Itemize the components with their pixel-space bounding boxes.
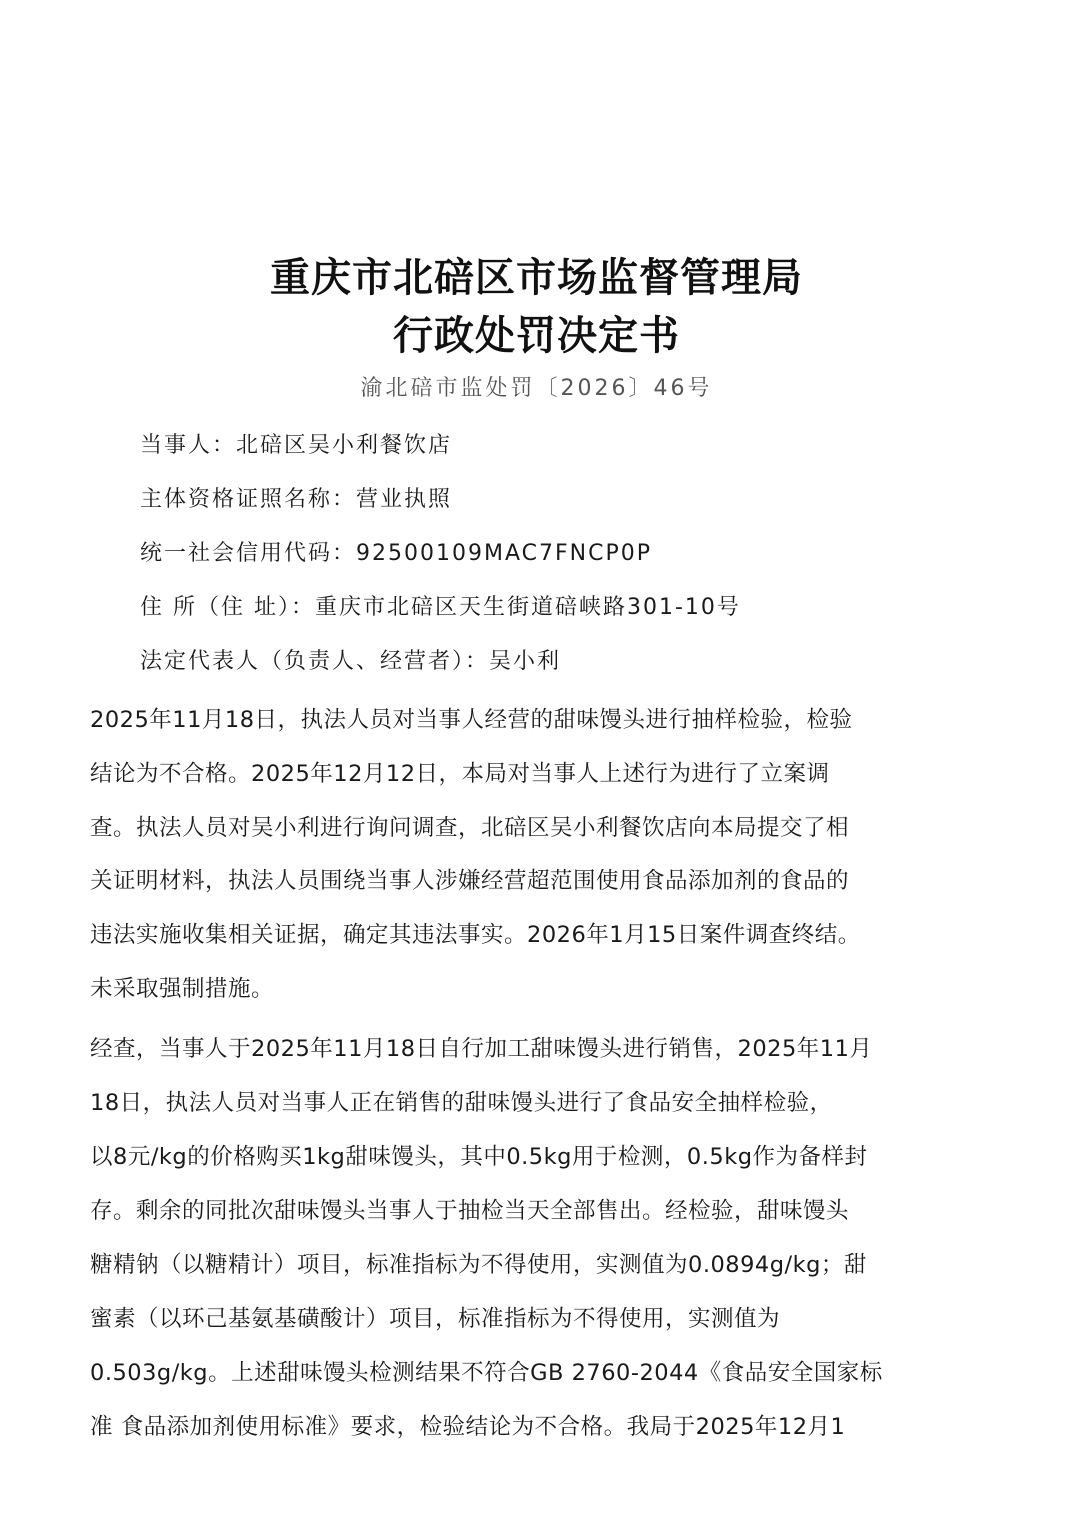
text-line: 结论为不合格。2025年12月12日，本局对当事人上述行为进行了立案调 (90, 756, 830, 788)
field-value: 92500109MAC7FNCP0P (356, 541, 652, 566)
text-line: 18日，执法人员对当事人正在销售的甜味馒头进行了食品安全抽样检验， (90, 1085, 833, 1117)
field-value: 营业执照 (356, 487, 452, 512)
address-field: 住 所（住 址）：重庆市北碚区天生街道碚峡路301-10号 (140, 590, 741, 621)
field-label: 主体资格证照名称： (140, 487, 356, 512)
text-line: 存。剩余的同批次甜味馒头当事人于抽检当天全部售出。经检验，甜味馒头 (90, 1193, 849, 1225)
text-line: 以8元/kg的价格购买1kg甜味馒头，其中0.5kg用于检测，0.5kg作为备样… (90, 1139, 868, 1171)
field-value: 北碚区吴小利餐饮店 (236, 433, 452, 458)
field-label: 法定代表人（负责人、经营者）： (140, 649, 489, 674)
text-line: 关证明材料，执法人员围绕当事人涉嫌经营超范围使用食品添加剂的食品的 (90, 863, 849, 895)
field-label: 当事人： (140, 433, 236, 458)
party-name-field: 当事人：北碚区吴小利餐饮店 (140, 428, 452, 459)
text-line: 糖精钠（以糖精计）项目，标准指标为不得使用，实测值为0.0894g/kg；甜 (90, 1247, 867, 1279)
text-line: 0.503g/kg。上述甜味馒头检测结果不符合GB 2760-2044《食品安全… (90, 1355, 883, 1387)
document-page: 重庆市北碚区市场监督管理局 行政处罚决定书 渝北碚市监处罚〔2026〕46号 当… (0, 0, 1073, 1519)
legal-representative-field: 法定代表人（负责人、经营者）：吴小利 (140, 644, 561, 675)
text-line: 经查，当事人于2025年11月18日自行加工甜味馒头进行销售，2025年11月 (90, 1031, 872, 1063)
field-label: 统一社会信用代码： (140, 541, 356, 566)
text-line: 未采取强制措施。 (90, 971, 274, 1003)
document-number: 渝北碚市监处罚〔2026〕46号 (0, 371, 1073, 402)
field-value: 吴小利 (489, 649, 561, 674)
text-line: 查。执法人员对吴小利进行询问调查，北碚区吴小利餐饮店向本局提交了相 (90, 810, 849, 842)
document-title-type: 行政处罚决定书 (0, 304, 1073, 361)
text-line: 蜜素（以环己基氨基磺酸计）项目，标准指标为不得使用，实测值为 (90, 1301, 780, 1333)
text-line: 2025年11月18日，执法人员对当事人经营的甜味馒头进行抽样检验，检验 (90, 702, 853, 734)
license-name-field: 主体资格证照名称：营业执照 (140, 482, 452, 513)
document-title-agency: 重庆市北碚区市场监督管理局 (0, 246, 1073, 303)
text-line: 违法实施收集相关证据，确定其违法事实。2026年1月15日案件调查终结。 (90, 917, 861, 949)
field-label: 住 所（住 址）： (140, 595, 315, 620)
field-value: 重庆市北碚区天生街道碚峡路301-10号 (315, 595, 741, 620)
credit-code-field: 统一社会信用代码：92500109MAC7FNCP0P (140, 536, 652, 567)
text-line: 准 食品添加剂使用标准》要求，检验结论为不合格。我局于2025年12月1 (90, 1409, 845, 1441)
